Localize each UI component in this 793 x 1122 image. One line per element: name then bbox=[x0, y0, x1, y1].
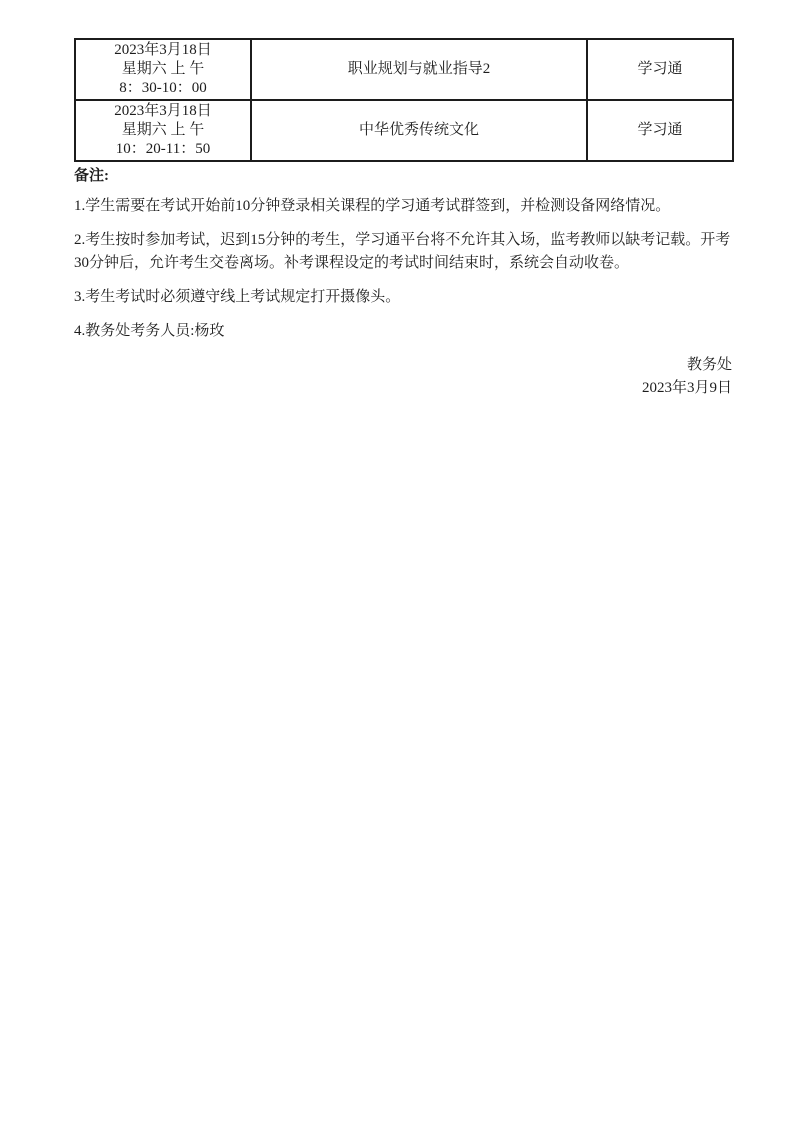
document-content: 2023年3月18日 星期六 上 午 8：30-10：00 职业规划与就业指导2… bbox=[74, 38, 732, 400]
note-item-4: 4.教务处考务人员:杨玫 bbox=[74, 320, 732, 343]
table-row: 2023年3月18日 星期六 上 午 10：20-11：50 中华优秀传统文化 … bbox=[75, 100, 733, 161]
exam-course-cell: 中华优秀传统文化 bbox=[251, 100, 587, 161]
notes-label: 备注: bbox=[74, 165, 732, 188]
exam-weekday: 星期六 上 午 bbox=[78, 60, 248, 79]
document-page: 2023年3月18日 星期六 上 午 8：30-10：00 职业规划与就业指导2… bbox=[0, 0, 793, 1122]
exam-time: 8：30-10：00 bbox=[78, 79, 248, 98]
note-item-1: 1.学生需要在考试开始前10分钟登录相关课程的学习通考试群签到，并检测设备网络情… bbox=[74, 195, 732, 218]
exam-weekday: 星期六 上 午 bbox=[78, 121, 248, 140]
exam-datetime-cell: 2023年3月18日 星期六 上 午 10：20-11：50 bbox=[75, 100, 251, 161]
exam-date: 2023年3月18日 bbox=[78, 41, 248, 60]
signature-date: 2023年3月9日 bbox=[74, 377, 732, 400]
exam-datetime-cell: 2023年3月18日 星期六 上 午 8：30-10：00 bbox=[75, 39, 251, 100]
notes-section: 备注: 1.学生需要在考试开始前10分钟登录相关课程的学习通考试群签到，并检测设… bbox=[74, 165, 732, 343]
signature-block: 教务处 2023年3月9日 bbox=[74, 354, 732, 400]
exam-course-cell: 职业规划与就业指导2 bbox=[251, 39, 587, 100]
exam-time: 10：20-11：50 bbox=[78, 140, 248, 159]
note-item-2: 2.考生按时参加考试，迟到15分钟的考生，学习通平台将不允许其入场，监考教师以缺… bbox=[74, 229, 732, 275]
exam-platform-cell: 学习通 bbox=[587, 39, 733, 100]
exam-platform-cell: 学习通 bbox=[587, 100, 733, 161]
signature-department: 教务处 bbox=[74, 354, 732, 377]
table-row: 2023年3月18日 星期六 上 午 8：30-10：00 职业规划与就业指导2… bbox=[75, 39, 733, 100]
exam-schedule-table: 2023年3月18日 星期六 上 午 8：30-10：00 职业规划与就业指导2… bbox=[74, 38, 734, 162]
exam-date: 2023年3月18日 bbox=[78, 102, 248, 121]
note-item-3: 3.考生考试时必须遵守线上考试规定打开摄像头。 bbox=[74, 286, 732, 309]
